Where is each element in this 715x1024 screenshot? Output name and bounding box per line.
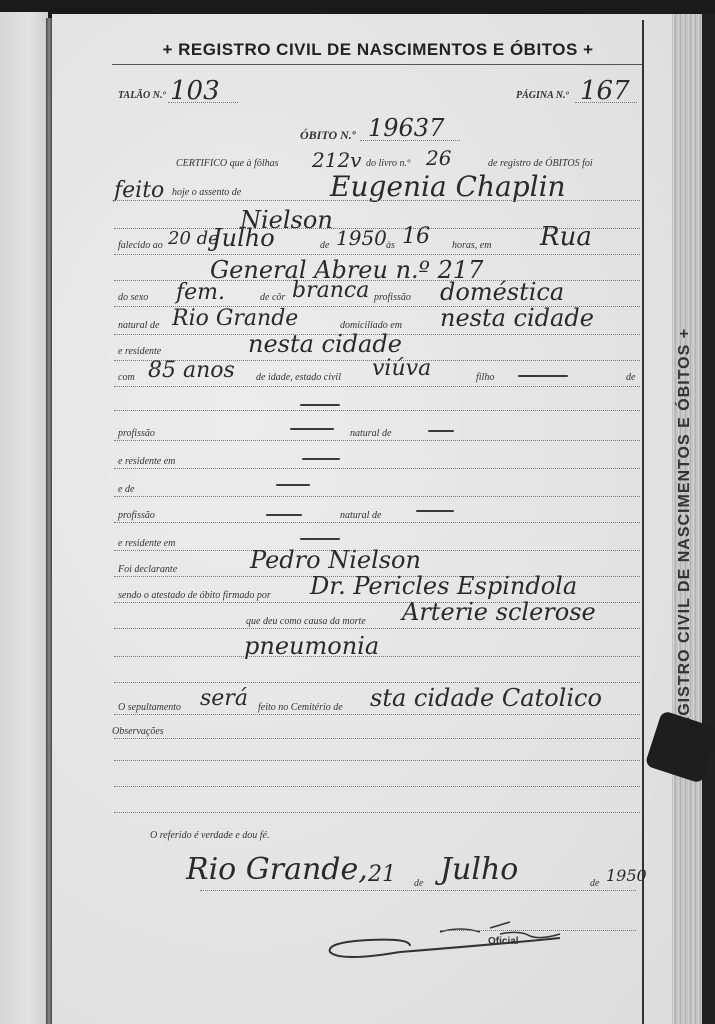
idade-label: de idade, estado civil — [256, 372, 341, 383]
causa-line1: Arterie sclerose — [402, 598, 596, 626]
place-line1: Rua — [540, 222, 592, 252]
assento-label: hoje o assento de — [172, 187, 241, 198]
rule-name-1 — [114, 200, 640, 201]
rule-falecido — [114, 254, 640, 255]
cemiterio-value: sta cidade Catolico — [370, 684, 602, 712]
hour-value: 16 — [402, 224, 430, 249]
cemiterio-label: feito no Cemitério de — [258, 702, 343, 713]
closing-year: 1950 — [606, 866, 647, 885]
registro-label: de registro de ÓBITOS foi — [488, 158, 593, 169]
left-page-edge — [0, 12, 48, 1024]
domiciliado-value: nesta cidade — [440, 304, 594, 332]
blank-dash-1 — [300, 404, 340, 406]
declarante-value: Pedro Nielson — [250, 546, 421, 574]
rule-parent-4 — [114, 496, 640, 497]
falecido-label: falecido ao — [118, 240, 163, 251]
talao-label: TALÃO N.º — [118, 90, 165, 101]
causa-label: que deu como causa da morte — [246, 616, 366, 627]
rule-obs-1 — [114, 738, 640, 739]
rule-parent-5 — [114, 522, 640, 523]
horas-label: horas, em — [452, 240, 491, 251]
natural-value: Rio Grande — [172, 306, 298, 331]
atestado-label: sendo o atestado de óbito firmado por — [118, 590, 271, 601]
profissao-value: doméstica — [440, 278, 564, 306]
sexo-label: do sexo — [118, 292, 148, 303]
declarante-label: Foi declarante — [118, 564, 177, 575]
filho-blank-dash — [518, 375, 568, 377]
official-signature-icon — [320, 920, 580, 970]
livro-value: 26 — [426, 146, 451, 170]
rule-obs-2 — [114, 760, 640, 761]
month-value: Julho — [212, 224, 275, 252]
rule-blank-1 — [114, 682, 640, 683]
cor-label: de côr — [260, 292, 285, 303]
estado-civil-value: viúva — [372, 356, 431, 381]
ornament-right: + — [583, 40, 593, 59]
blank-dash-5 — [276, 484, 310, 486]
sepultamento-label: O sepultamento — [118, 702, 181, 713]
closing-de-label: de — [414, 878, 423, 889]
parent1-profissao-label: profissão — [118, 428, 155, 439]
livro-label: do livro n.º — [366, 158, 410, 169]
residente-label: e residente — [118, 346, 161, 357]
rule-signature — [440, 930, 636, 931]
deceased-name-line1: Eugenia Chaplin — [330, 170, 566, 203]
blank-dash-4 — [302, 458, 340, 460]
e-de-label: e de — [118, 484, 134, 495]
parent2-natural-label: natural de — [340, 510, 381, 521]
parent1-residente-label: e residente em — [118, 456, 175, 467]
profissao-label: profissão — [374, 292, 411, 303]
closing-de-year-label: de — [590, 878, 599, 889]
blank-dash-6 — [266, 514, 302, 516]
blank-dash-2 — [290, 428, 334, 430]
rule-sepultamento — [114, 714, 640, 715]
obito-rule — [360, 140, 460, 141]
de-end-label: de — [626, 372, 635, 383]
rule-parent-1 — [114, 410, 640, 411]
pagina-label: PÁGINA N.º — [516, 90, 568, 101]
blank-dash-8 — [300, 538, 340, 540]
rule-date — [200, 890, 636, 891]
certifico-label: CERTIFICO que à fôlhas — [176, 158, 279, 169]
idade-value: 85 anos — [148, 358, 235, 383]
rule-com — [114, 386, 640, 387]
year-value: 1950 — [336, 226, 387, 250]
medico-value: Dr. Pericles Espindola — [310, 572, 577, 600]
as-label: às — [386, 240, 395, 251]
spine-title: REGISTRO CIVIL DE NASCIMENTOS E ÓBITOS + — [676, 328, 694, 740]
talao-rule — [168, 102, 238, 103]
rule-parent-2 — [114, 440, 640, 441]
parent2-profissao-label: profissão — [118, 510, 155, 521]
sepultamento-value: será — [200, 686, 248, 711]
closing-month: Julho — [440, 852, 518, 887]
rule-causa-2 — [114, 656, 640, 657]
rule-obs-4 — [114, 812, 640, 813]
fe-label: O referido é verdade e dou fé. — [150, 830, 270, 841]
folhas-value: 212v — [312, 148, 361, 172]
header-title: REGISTRO CIVIL DE NASCIMENTOS E ÓBITOS — [178, 40, 578, 59]
register-title: + REGISTRO CIVIL DE NASCIMENTOS E ÓBITOS… — [118, 40, 638, 60]
rule-causa — [114, 628, 640, 629]
obito-value: 19637 — [368, 114, 444, 142]
cor-value: branca — [292, 278, 369, 303]
com-label: com — [118, 372, 135, 383]
pagina-rule — [575, 102, 637, 103]
blank-dash-7 — [416, 510, 454, 512]
closing-city: Rio Grande, — [186, 852, 368, 887]
parent2-residente-label: e residente em — [118, 538, 175, 549]
obito-label: ÓBITO N.º — [300, 128, 355, 143]
blank-dash-3 — [428, 430, 454, 432]
rule-parent-3 — [114, 468, 640, 469]
residente-value: nesta cidade — [248, 330, 402, 358]
de-label: de — [320, 240, 329, 251]
oficial-label: Oficial — [488, 936, 519, 947]
sexo-value: fem. — [176, 280, 225, 305]
closing-day: 21 — [368, 862, 396, 887]
parent1-natural-label: natural de — [350, 428, 391, 439]
title-underline — [112, 64, 642, 65]
ornament-left: + — [162, 40, 172, 59]
natural-label: natural de — [118, 320, 159, 331]
background-edge — [702, 14, 715, 1024]
observacoes-label: Observações — [112, 726, 164, 737]
rule-obs-3 — [114, 786, 640, 787]
filho-label: filho — [476, 372, 494, 383]
